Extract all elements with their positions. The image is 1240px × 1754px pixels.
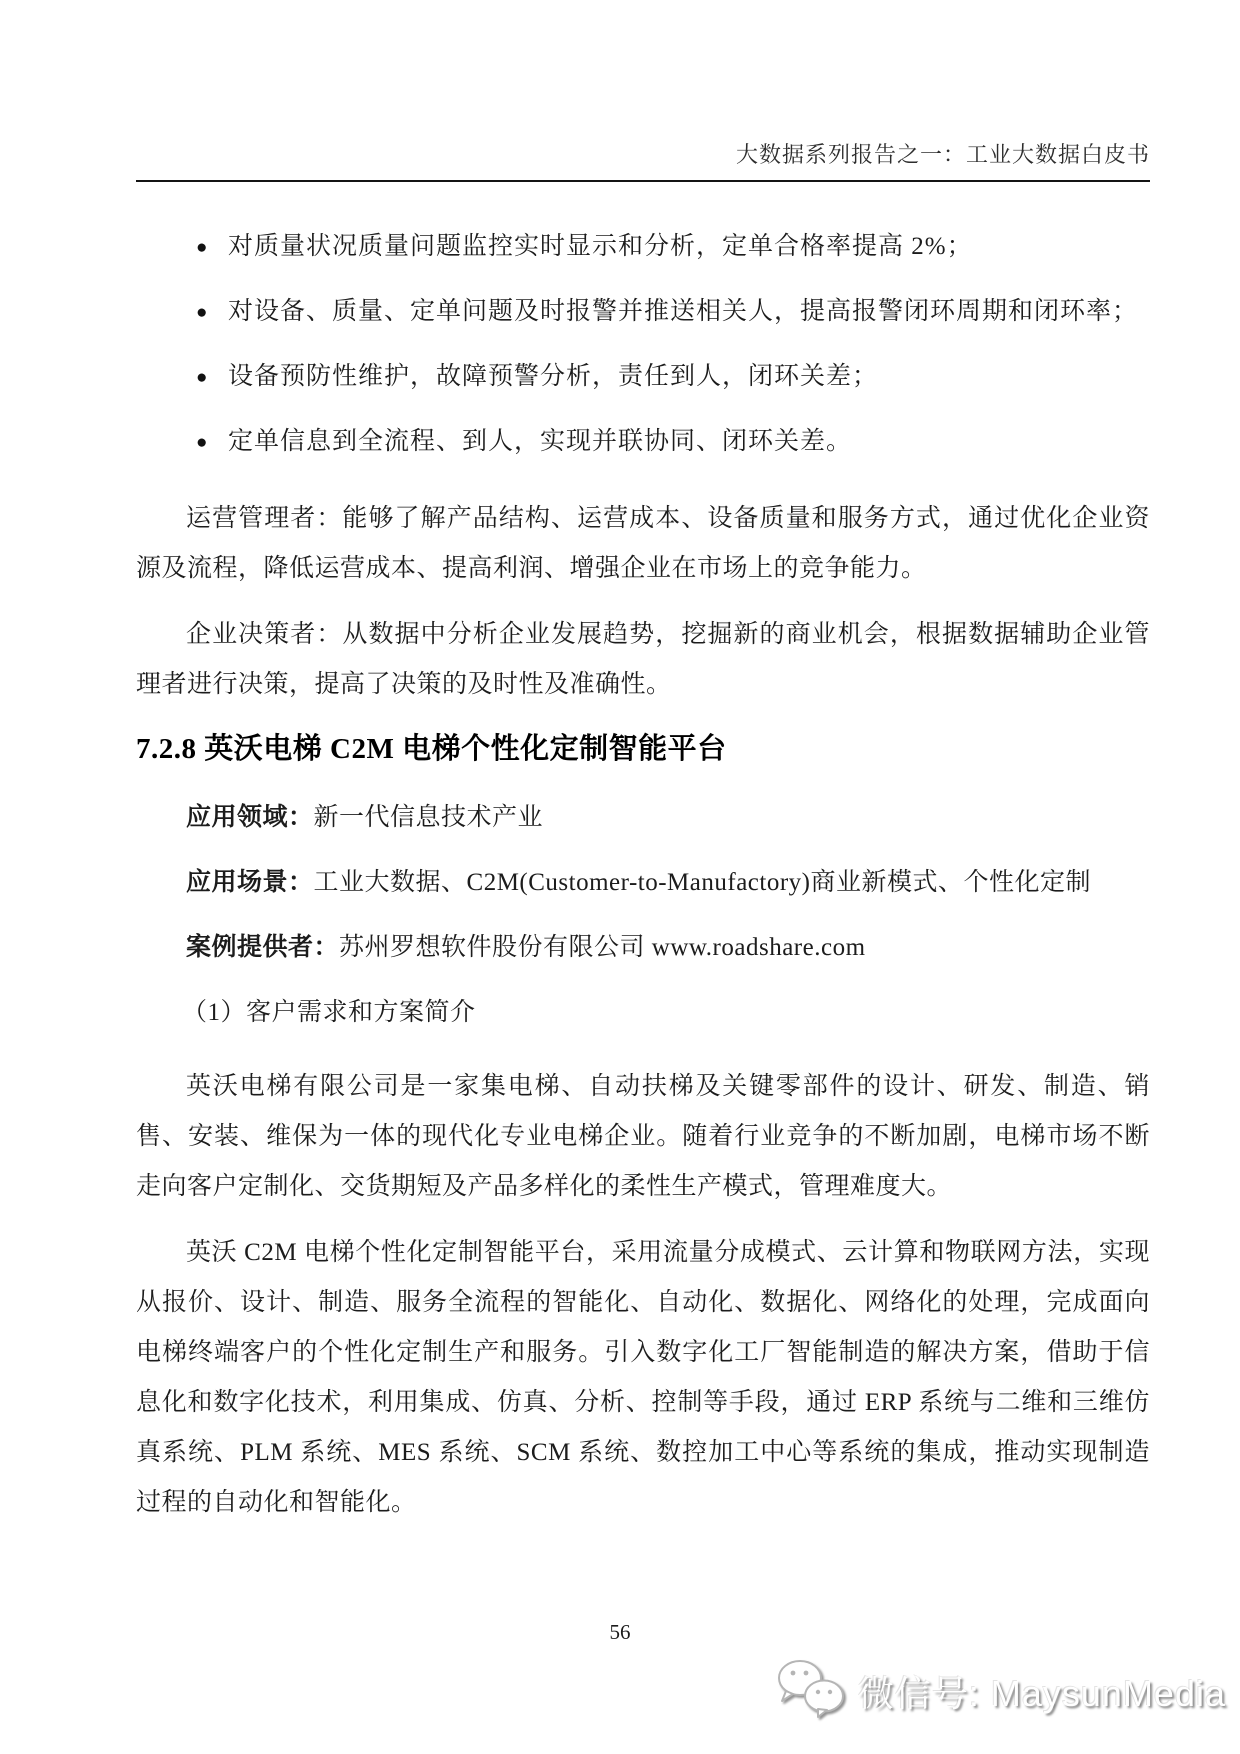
watermark-text: 微信号: MaysunMedia	[858, 1666, 1226, 1717]
field-label: 应用领域：	[186, 804, 314, 831]
document-page: 大数据系列报告之一：工业大数据白皮书 对质量状况质量问题监控实时显示和分析，定单…	[0, 0, 1240, 1754]
field-value: 苏州罗想软件股份有限公司 www.roadshare.com	[339, 934, 866, 961]
paragraph-company-intro: 英沃电梯有限公司是一家集电梯、自动扶梯及关键零部件的设计、研发、制造、销售、安装…	[136, 1062, 1150, 1212]
section-heading: 7.2.8 英沃电梯 C2M 电梯个性化定制智能平台	[136, 732, 1150, 766]
paragraph-decision-maker: 企业决策者：从数据中分析企业发展趋势，挖掘新的商业机会，根据数据辅助企业管理者进…	[136, 610, 1150, 710]
field-label: 案例提供者：	[186, 934, 339, 961]
wechat-icon	[776, 1658, 848, 1725]
paragraph-platform-description: 英沃 C2M 电梯个性化定制智能平台，采用流量分成模式、云计算和物联网方法，实现…	[136, 1228, 1150, 1528]
list-item: 定单信息到全流程、到人，实现并联协同、闭环关差。	[136, 429, 1150, 455]
sub-heading: （1）客户需求和方案简介	[136, 1000, 1150, 1026]
field-application-scenario: 应用场景：工业大数据、C2M(Customer-to-Manufactory)商…	[136, 870, 1150, 896]
list-item: 对质量状况质量问题监控实时显示和分析，定单合格率提高 2%；	[136, 234, 1150, 260]
watermark: 微信号: MaysunMedia	[776, 1658, 1226, 1725]
paragraph-operations-manager: 运营管理者：能够了解产品结构、运营成本、设备质量和服务方式，通过优化企业资源及流…	[136, 494, 1150, 594]
field-application-domain: 应用领域：新一代信息技术产业	[136, 805, 1150, 831]
page-content: 对质量状况质量问题监控实时显示和分析，定单合格率提高 2%； 对设备、质量、定单…	[136, 218, 1150, 1544]
field-label: 应用场景：	[186, 869, 314, 896]
field-value: 工业大数据、C2M(Customer-to-Manufactory)商业新模式、…	[314, 869, 1091, 896]
field-value: 新一代信息技术产业	[314, 804, 544, 831]
field-case-provider: 案例提供者：苏州罗想软件股份有限公司 www.roadshare.com	[136, 935, 1150, 961]
page-number: 56	[0, 1620, 1240, 1645]
page-header: 大数据系列报告之一：工业大数据白皮书	[136, 138, 1150, 182]
list-item: 对设备、质量、定单问题及时报警并推送相关人，提高报警闭环周期和闭环率；	[136, 299, 1150, 325]
bullet-list: 对质量状况质量问题监控实时显示和分析，定单合格率提高 2%； 对设备、质量、定单…	[136, 234, 1150, 455]
list-item: 设备预防性维护，故障预警分析，责任到人，闭环关差；	[136, 364, 1150, 390]
header-title: 大数据系列报告之一：工业大数据白皮书	[736, 142, 1150, 167]
